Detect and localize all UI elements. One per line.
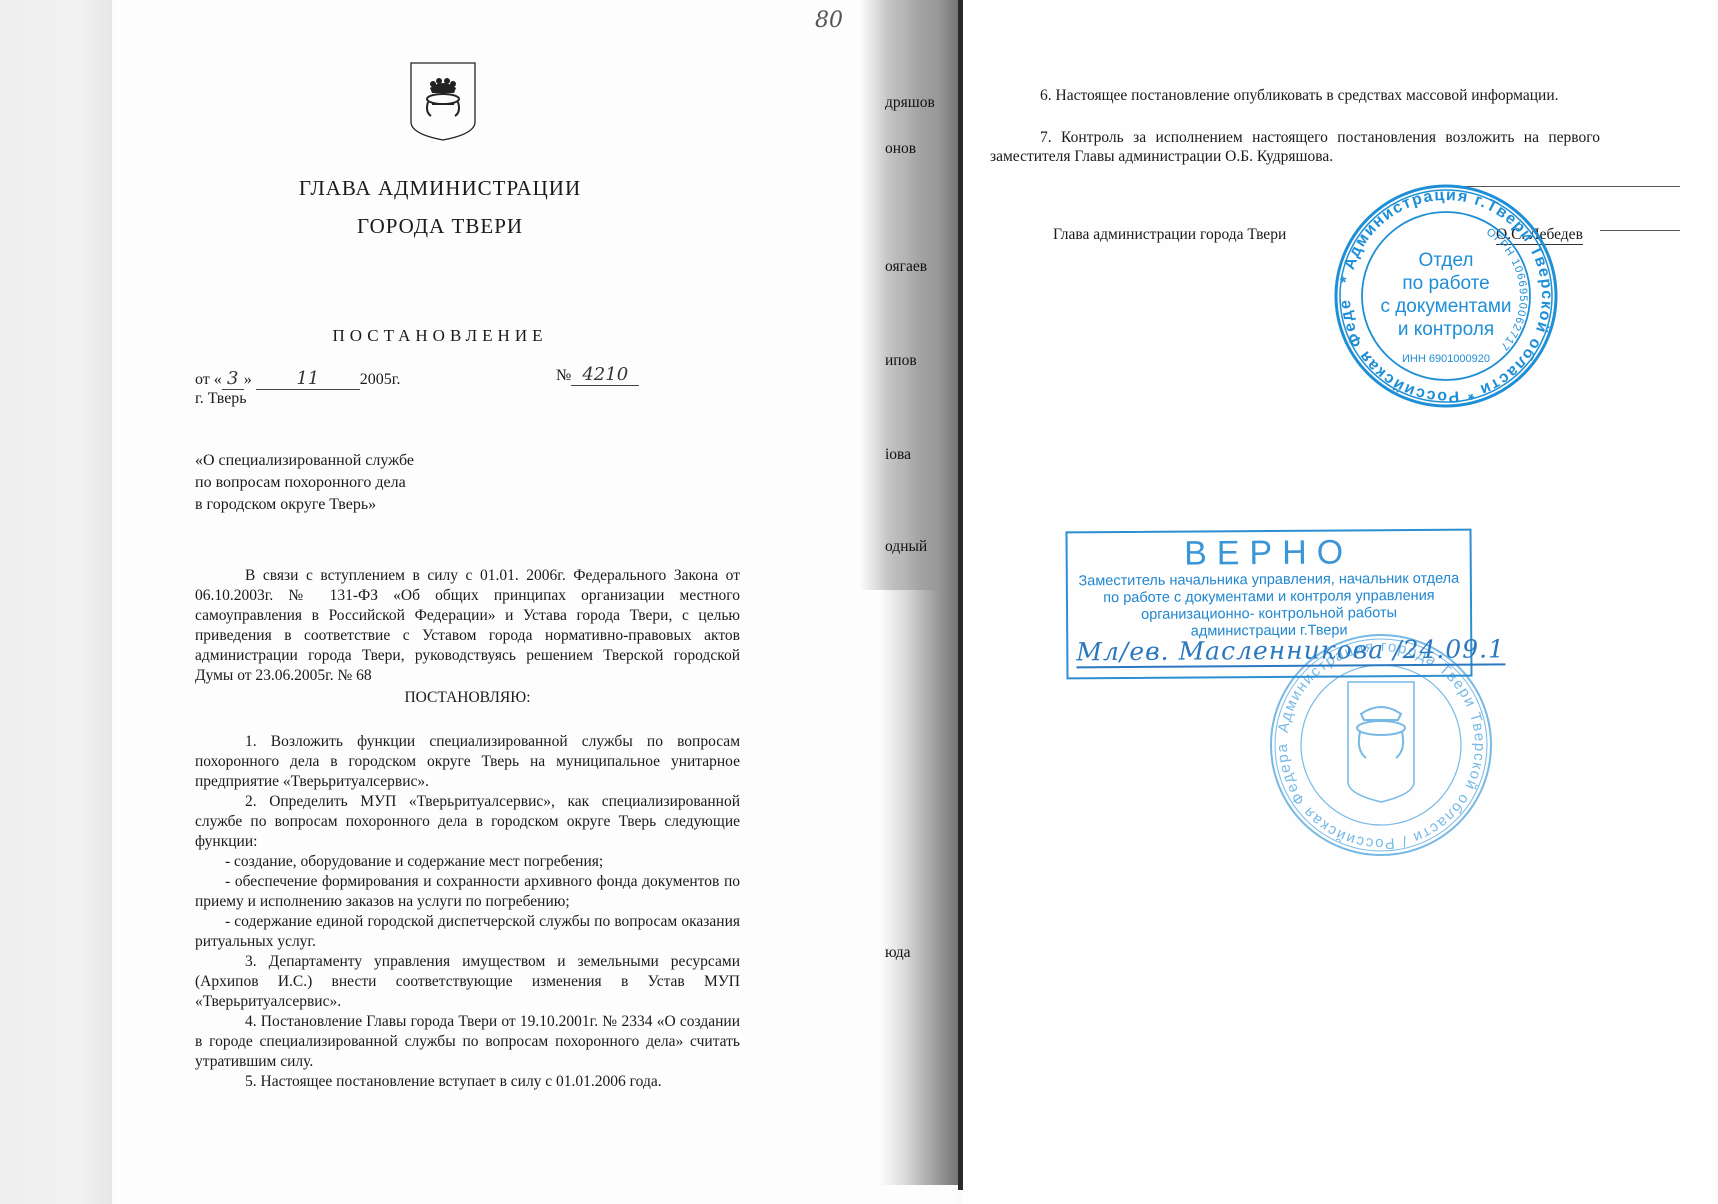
folio-mark: 80	[815, 8, 843, 33]
signature-title: Глава администрации города Твери	[1053, 226, 1286, 244]
spine-shadow	[880, 0, 962, 1185]
decree-type: ПОСТАНОВЛЕНИЕ	[240, 326, 640, 346]
edge-fragment: іова	[885, 446, 911, 464]
item-7: 7. Контроль за исполнением настоящего по…	[990, 128, 1600, 166]
item-2-function-3: - содержание единой городской диспетчерс…	[195, 912, 740, 952]
verno-line: по работе с документами и контроля управ…	[1068, 588, 1470, 608]
edge-fragment: юда	[885, 944, 911, 962]
date-year: 2005г.	[360, 371, 401, 388]
item-3: 3. Департаменту управления имуществом и …	[195, 952, 740, 1012]
subject-line: в городском округе Тверь»	[195, 494, 414, 516]
item-5: 5. Настоящее постановление вступает в си…	[195, 1072, 740, 1092]
resolve-heading: ПОСТАНОВЛЯЮ:	[195, 688, 740, 708]
decree-date: от «3» 112005г.	[195, 368, 401, 390]
header-line2: ГОРОДА ТВЕРИ	[240, 214, 640, 239]
date-mid: »	[244, 371, 252, 388]
edge-fragment: одный	[885, 538, 927, 556]
round-stamp-inn: ИНН 6901000920	[1402, 353, 1490, 365]
number-value: 4210	[571, 364, 639, 386]
date-prefix: от «	[195, 371, 222, 388]
edge-fragment: онов	[885, 140, 916, 158]
round-stamp-center-line: и контроля	[1398, 319, 1494, 340]
item-6: 6. Настоящее постановление опубликовать …	[990, 86, 1600, 105]
scan-margin	[0, 0, 112, 1204]
round-stamp-center-line: по работе	[1402, 273, 1489, 294]
edge-fragment: оягаев	[885, 258, 927, 276]
verno-title: ВЕРНО	[1068, 533, 1470, 574]
subject-line: по вопросам похоронного дела	[195, 472, 414, 494]
page-spine	[958, 0, 963, 1190]
header-line1: ГЛАВА АДМИНИСТРАЦИИ	[240, 176, 640, 201]
item-2-function-2: - обеспечение формирования и сохранности…	[195, 872, 740, 912]
edge-fragment: дряшов	[885, 94, 935, 112]
decree-number: №4210	[556, 364, 639, 386]
edge-fragment: ипов	[885, 352, 917, 370]
number-label: №	[556, 367, 571, 384]
round-stamp-center-line: Отдел	[1419, 250, 1474, 271]
decree-city: г. Тверь	[195, 390, 247, 408]
item-1: 1. Возложить функции специализированной …	[195, 732, 740, 792]
scan-rule	[1600, 230, 1680, 231]
certified-true-stamp: ВЕРНО Заместитель начальника управления,…	[1065, 529, 1472, 680]
item-4: 4. Постановление Главы города Твери от 1…	[195, 1012, 740, 1072]
decree-subject: «О специализированной службе по вопросам…	[195, 450, 414, 516]
date-month: 11	[256, 368, 360, 390]
subject-line: «О специализированной службе	[195, 450, 414, 472]
date-day: 3	[222, 368, 244, 390]
item-2: 2. Определить МУП «Тверьритуалсервис», к…	[195, 792, 740, 852]
preamble: В связи с вступлением в силу с 01.01. 20…	[195, 566, 740, 686]
round-stamp-icon: * Администрация г.Твери Тверской области…	[1332, 182, 1560, 410]
coat-of-arms-icon	[408, 60, 478, 144]
item-2-function-1: - создание, оборудование и содержание ме…	[195, 852, 740, 872]
round-stamp-center-line: с документами	[1380, 296, 1511, 317]
verno-handwritten-signature: Мл/ев. Масленникова /24.09.1	[1076, 634, 1505, 668]
